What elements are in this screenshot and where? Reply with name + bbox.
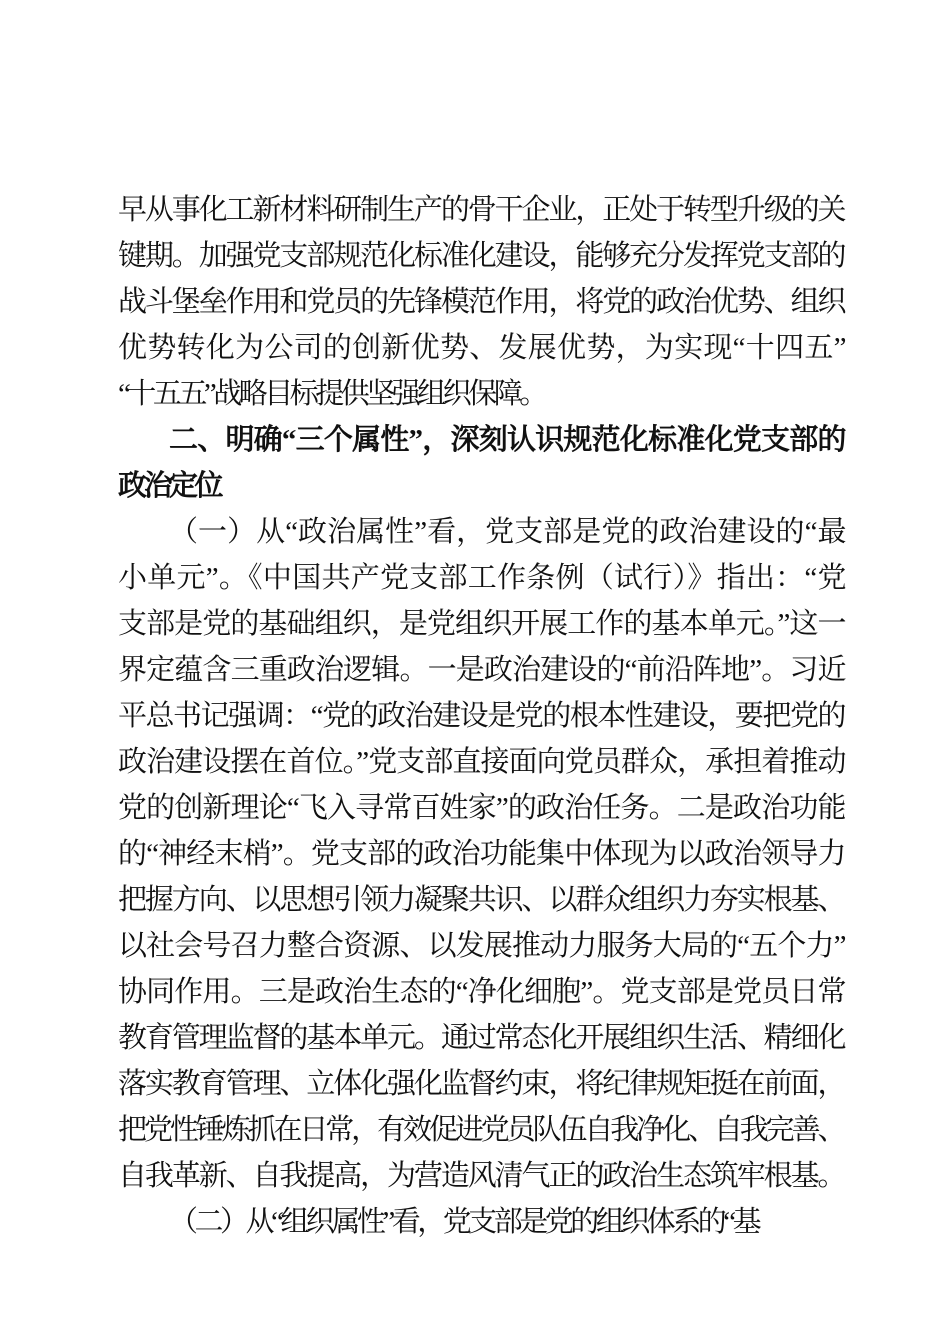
paragraph-line: 键期。加强党支部规范化标准化建设，能够充分发挥党支部的 [118, 233, 843, 279]
paragraph-line: （二）从“组织属性”看，党支部是党的组织体系的“基 [118, 1199, 843, 1245]
paragraph-line: 界定蕴含三重政治逻辑。一是政治建设的“前沿阵地”。习近 [118, 647, 843, 693]
paragraph-line: 落实教育管理、立体化强化监督约束，将纪律规矩挺在前面， [118, 1061, 843, 1107]
paragraph-line: 党的创新理论“飞入寻常百姓家”的政治任务。二是政治功能 [118, 785, 843, 831]
paragraph-line: 小单元”。《中国共产党支部工作条例（试行）》指出：“党 [118, 555, 843, 601]
paragraph-line: 平总书记强调：“党的政治建设是党的根本性建设，要把党的 [118, 693, 843, 739]
paragraph-line: 优势转化为公司的创新优势、发展优势，为实现“十四五” [118, 325, 843, 371]
paragraph-line: 把握方向、以思想引领力凝聚共识、以群众组织力夯实根基、 [118, 877, 843, 923]
paragraph-line: 教育管理监督的基本单元。通过常态化开展组织生活、精细化 [118, 1015, 843, 1061]
paragraph-line: “十五五”战略目标提供坚强组织保障。 [118, 371, 843, 417]
paragraph-line: 政治建设摆在首位。”党支部直接面向党员群众，承担着推动 [118, 739, 843, 785]
paragraph-line: 的“神经末梢”。党支部的政治功能集中体现为以政治领导力 [118, 831, 843, 877]
paragraph-line: 早从事化工新材料研制生产的骨干企业，正处于转型升级的关 [118, 187, 843, 233]
paragraph-line: 以社会号召力整合资源、以发展推动力服务大局的“五个力” [118, 923, 843, 969]
heading-line: 二、明确“三个属性”，深刻认识规范化标准化党支部的 [118, 417, 843, 463]
paragraph-line: 战斗堡垒作用和党员的先锋模范作用，将党的政治优势、组织 [118, 279, 843, 325]
heading-line: 政治定位 [118, 463, 843, 509]
paragraph-line: 协同作用。三是政治生态的“净化细胞”。党支部是党员日常 [118, 969, 843, 1015]
paragraph-line: （一）从“政治属性”看，党支部是党的政治建设的“最 [118, 509, 843, 555]
paragraph-line: 把党性锤炼抓在日常，有效促进党员队伍自我净化、自我完善、 [118, 1107, 843, 1153]
document-page: 早从事化工新材料研制生产的骨干企业，正处于转型升级的关键期。加强党支部规范化标准… [0, 0, 950, 1344]
document-content: 早从事化工新材料研制生产的骨干企业，正处于转型升级的关键期。加强党支部规范化标准… [118, 187, 843, 1245]
paragraph-line: 自我革新、自我提高，为营造风清气正的政治生态筑牢根基。 [118, 1153, 843, 1199]
paragraph-line: 支部是党的基础组织，是党组织开展工作的基本单元。”这一 [118, 601, 843, 647]
